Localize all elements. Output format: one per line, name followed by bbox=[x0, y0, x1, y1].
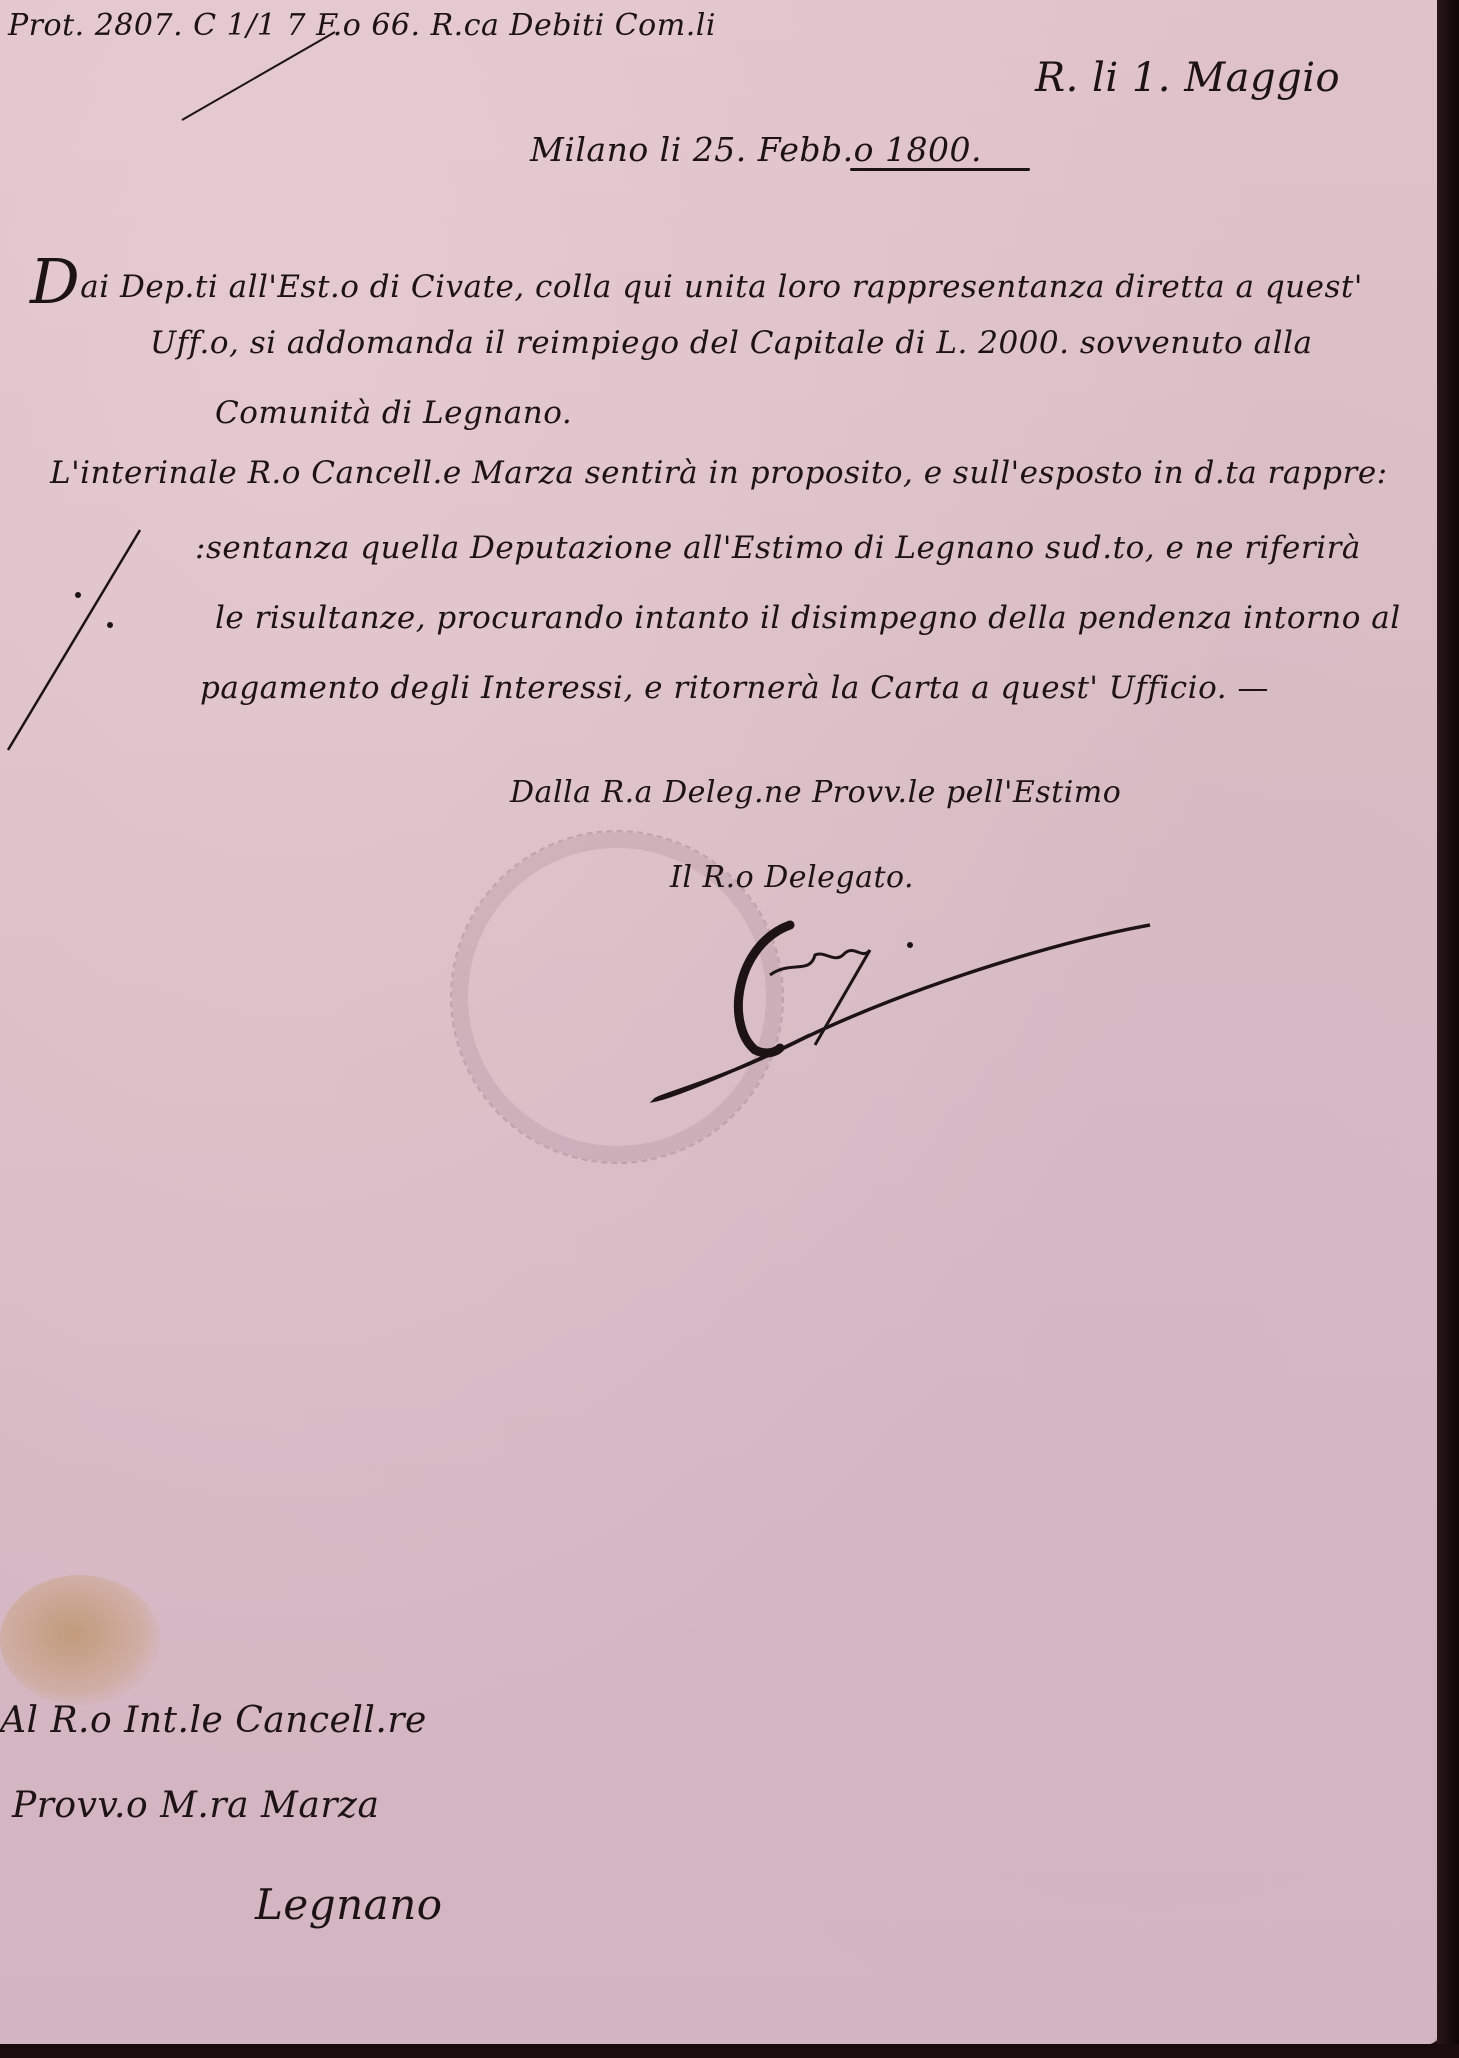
page-bottom-shadow bbox=[0, 2044, 1459, 2058]
body-line-6: le risultanze, procurando intanto il dis… bbox=[215, 600, 1401, 636]
page-edge-shadow bbox=[1437, 0, 1459, 2058]
closing-line-1: Dalla R.a Deleg.ne Provv.le pell'Estimo bbox=[510, 775, 1121, 810]
address-line-2: Provv.o M.ra Marza bbox=[12, 1785, 379, 1826]
reference-header: Prot. 2807. C 1/1 7 F.o 66. R.ca Debiti … bbox=[8, 8, 716, 43]
margin-note: R. li 1. Maggio bbox=[1035, 55, 1340, 101]
margin-slash-mark bbox=[0, 525, 150, 755]
manuscript-page: Prot. 2807. C 1/1 7 F.o 66. R.ca Debiti … bbox=[0, 0, 1443, 2045]
body-line-5: :sentanza quella Deputazione all'Estimo … bbox=[195, 530, 1361, 566]
signature-flourish bbox=[640, 905, 1160, 1105]
body-line-2: Uff.o, si addomanda il reimpiego del Cap… bbox=[150, 325, 1312, 361]
closing-line-2: Il R.o Delegato. bbox=[670, 860, 914, 895]
date-line: Milano li 25. Febb.o 1800. bbox=[530, 130, 982, 169]
address-line-3: Legnano bbox=[255, 1880, 443, 1929]
body-line-1: Dai Dep.ti all'Est.o di Civate, colla qu… bbox=[30, 245, 1363, 318]
diagonal-stroke bbox=[170, 30, 340, 125]
body-line-4: L'interinale R.o Cancell.e Marza sentirà… bbox=[50, 455, 1388, 491]
date-underline bbox=[850, 168, 1030, 171]
paper-stain bbox=[0, 1575, 160, 1705]
body-line-3: Comunità di Legnano. bbox=[215, 395, 572, 431]
address-line-1: Al R.o Int.le Cancell.re bbox=[0, 1700, 427, 1741]
dropcap: D bbox=[30, 245, 80, 318]
body-line-7: pagamento degli Interessi, e ritornerà l… bbox=[200, 670, 1269, 706]
